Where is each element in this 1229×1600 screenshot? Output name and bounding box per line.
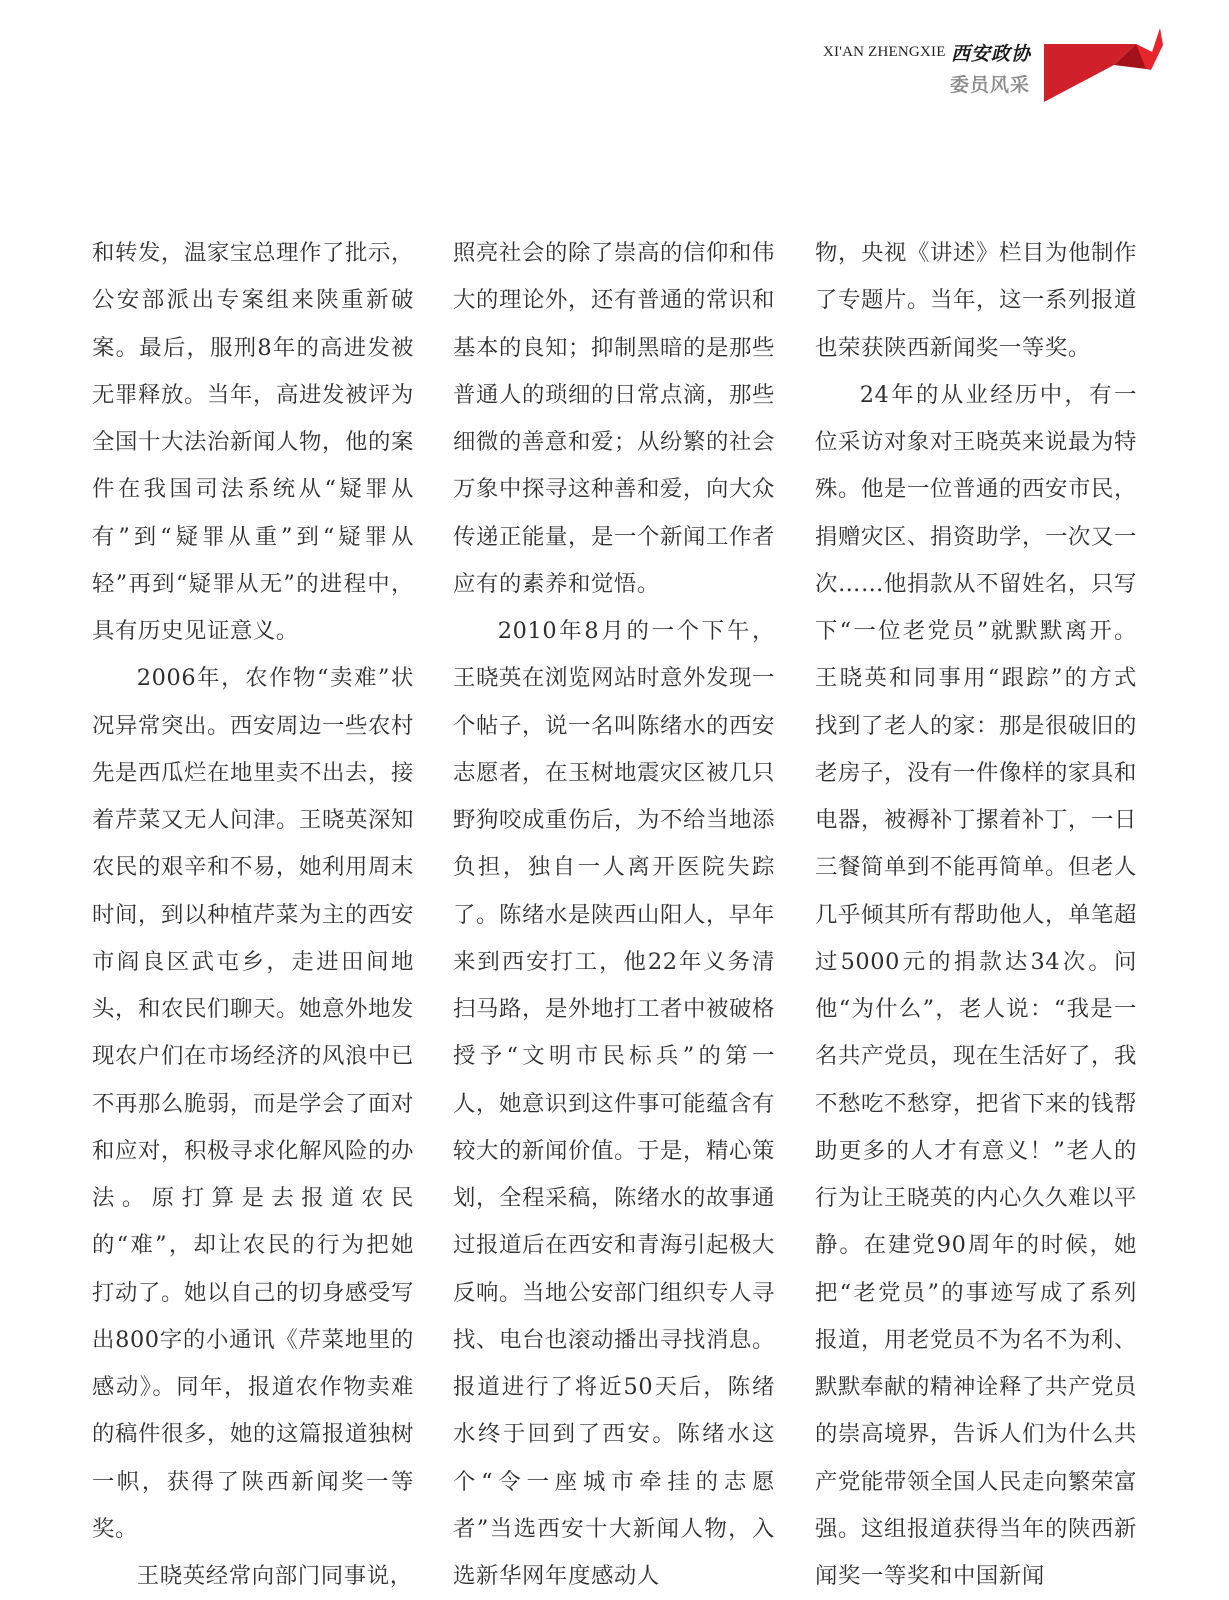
red-ribbon-logo-icon xyxy=(1040,24,1170,106)
page-header: XI'AN ZHENGXIE 西安政协 委员风采 xyxy=(0,0,1229,130)
paragraph: 和转发，温家宝总理作了批示，公安部派出专案组来陕重新破案。最后，服刑8年的高进发… xyxy=(92,230,414,655)
paragraph: 2006年，农作物“卖难”状况异常突出。西安周边一些农村先是西瓜烂在地里卖不出去… xyxy=(92,655,414,1553)
magazine-name-chinese: 西安政协 xyxy=(951,39,1031,66)
article-body: 和转发，温家宝总理作了批示，公安部派出专案组来陕重新破案。最后，服刑8年的高进发… xyxy=(0,230,1229,1600)
paragraph: 照亮社会的除了崇高的信仰和伟大的理论外，还有普通的常识和基本的良知；抑制黑暗的是… xyxy=(453,230,775,608)
article-column-1: 和转发，温家宝总理作了批示，公安部派出专案组来陕重新破案。最后，服刑8年的高进发… xyxy=(92,230,414,1600)
paragraph: 24年的从业经历中，有一位采访对象对王晓英来说最为特殊。他是一位普通的西安市民，… xyxy=(815,372,1137,1600)
article-column-3: 物，央视《讲述》栏目为他制作了专题片。当年，这一系列报道也荣获陕西新闻奖一等奖。… xyxy=(815,230,1137,1600)
article-column-2: 照亮社会的除了崇高的信仰和伟大的理论外，还有普通的常识和基本的良知；抑制黑暗的是… xyxy=(453,230,775,1600)
magazine-name-english: XI'AN ZHENGXIE xyxy=(823,44,946,61)
paragraph: 2010年8月的一个下午，王晓英在浏览网站时意外发现一个帖子，说一名叫陈绪水的西… xyxy=(453,608,775,1600)
paragraph: 物，央视《讲述》栏目为他制作了专题片。当年，这一系列报道也荣获陕西新闻奖一等奖。 xyxy=(815,230,1137,372)
paragraph: 王晓英经常向部门同事说， xyxy=(92,1553,414,1600)
section-title: 委员风采 xyxy=(950,70,1030,97)
